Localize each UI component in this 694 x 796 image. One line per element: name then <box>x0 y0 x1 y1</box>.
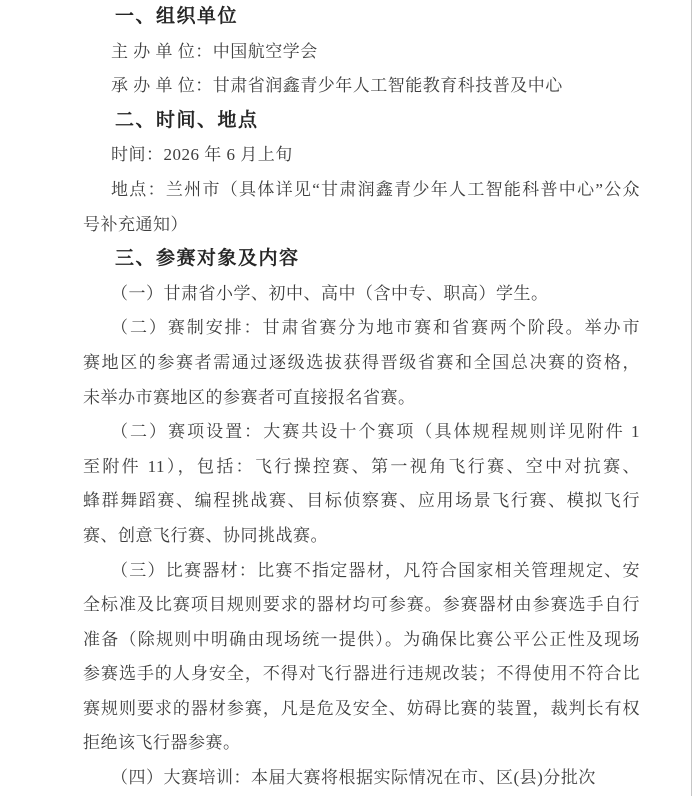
line-item-format-continued-2: 未举办市赛地区的参赛者可直接报名省赛。 <box>83 381 640 416</box>
line-item-equipment-continued-1: 全标准及比赛项目规则要求的器材均可参赛。参赛器材由参赛选手自行 <box>83 588 640 623</box>
line-location-continued: 号补充通知） <box>83 208 640 243</box>
line-item-equipment: （三）比赛器材：比赛不指定器材，凡符合国家相关管理规定、安 <box>83 554 640 589</box>
line-item-events-continued-1: 至附件 11），包括：飞行操控赛、第一视角飞行赛、空中对抗赛、 <box>83 450 640 485</box>
line-item-participants: （一）甘肃省小学、初中、高中（含中专、职高）学生。 <box>83 277 640 312</box>
line-item-events-continued-3: 赛、创意飞行赛、协同挑战赛。 <box>83 519 640 554</box>
section-heading-organizers: 一、组织单位 <box>83 0 640 35</box>
line-item-equipment-continued-5: 拒绝该飞行器参赛。 <box>83 726 640 761</box>
line-undertaker-unit: 承 办 单 位：甘肃省润鑫青少年人工智能教育科技普及中心 <box>83 69 640 104</box>
line-item-equipment-continued-3: 参赛选手的人身安全，不得对飞行器进行违规改装；不得使用不符合比 <box>83 657 640 692</box>
document-page: 一、组织单位 主 办 单 位：中国航空学会 承 办 单 位：甘肃省润鑫青少年人工… <box>83 0 640 796</box>
line-item-format: （二）赛制安排：甘肃省赛分为地市赛和省赛两个阶段。举办市 <box>83 311 640 346</box>
line-item-equipment-continued-4: 赛规则要求的器材参赛，凡是危及安全、妨碍比赛的装置，裁判长有权 <box>83 692 640 727</box>
line-item-events-continued-2: 蜂群舞蹈赛、编程挑战赛、目标侦察赛、应用场景飞行赛、模拟飞行 <box>83 484 640 519</box>
line-host-unit: 主 办 单 位：中国航空学会 <box>83 35 640 70</box>
line-time: 时间：2026 年 6 月上旬 <box>83 138 640 173</box>
line-item-training: （四）大赛培训：本届大赛将根据实际情况在市、区(县)分批次 <box>83 761 640 796</box>
line-item-format-continued-1: 赛地区的参赛者需通过逐级选拔获得晋级省赛和全国总决赛的资格， <box>83 346 640 381</box>
line-item-events: （二）赛项设置：大赛共设十个赛项（具体规程规则详见附件 1 <box>83 415 640 450</box>
section-heading-time-place: 二、时间、地点 <box>83 104 640 139</box>
line-item-equipment-continued-2: 准备（除规则中明确由现场统一提供）。为确保比赛公平公正性及现场 <box>83 623 640 658</box>
line-location: 地点：兰州市（具体详见“甘肃润鑫青少年人工智能科普中心”公众 <box>83 173 640 208</box>
page-right-edge-line <box>691 0 692 796</box>
section-heading-participants: 三、参赛对象及内容 <box>83 242 640 277</box>
